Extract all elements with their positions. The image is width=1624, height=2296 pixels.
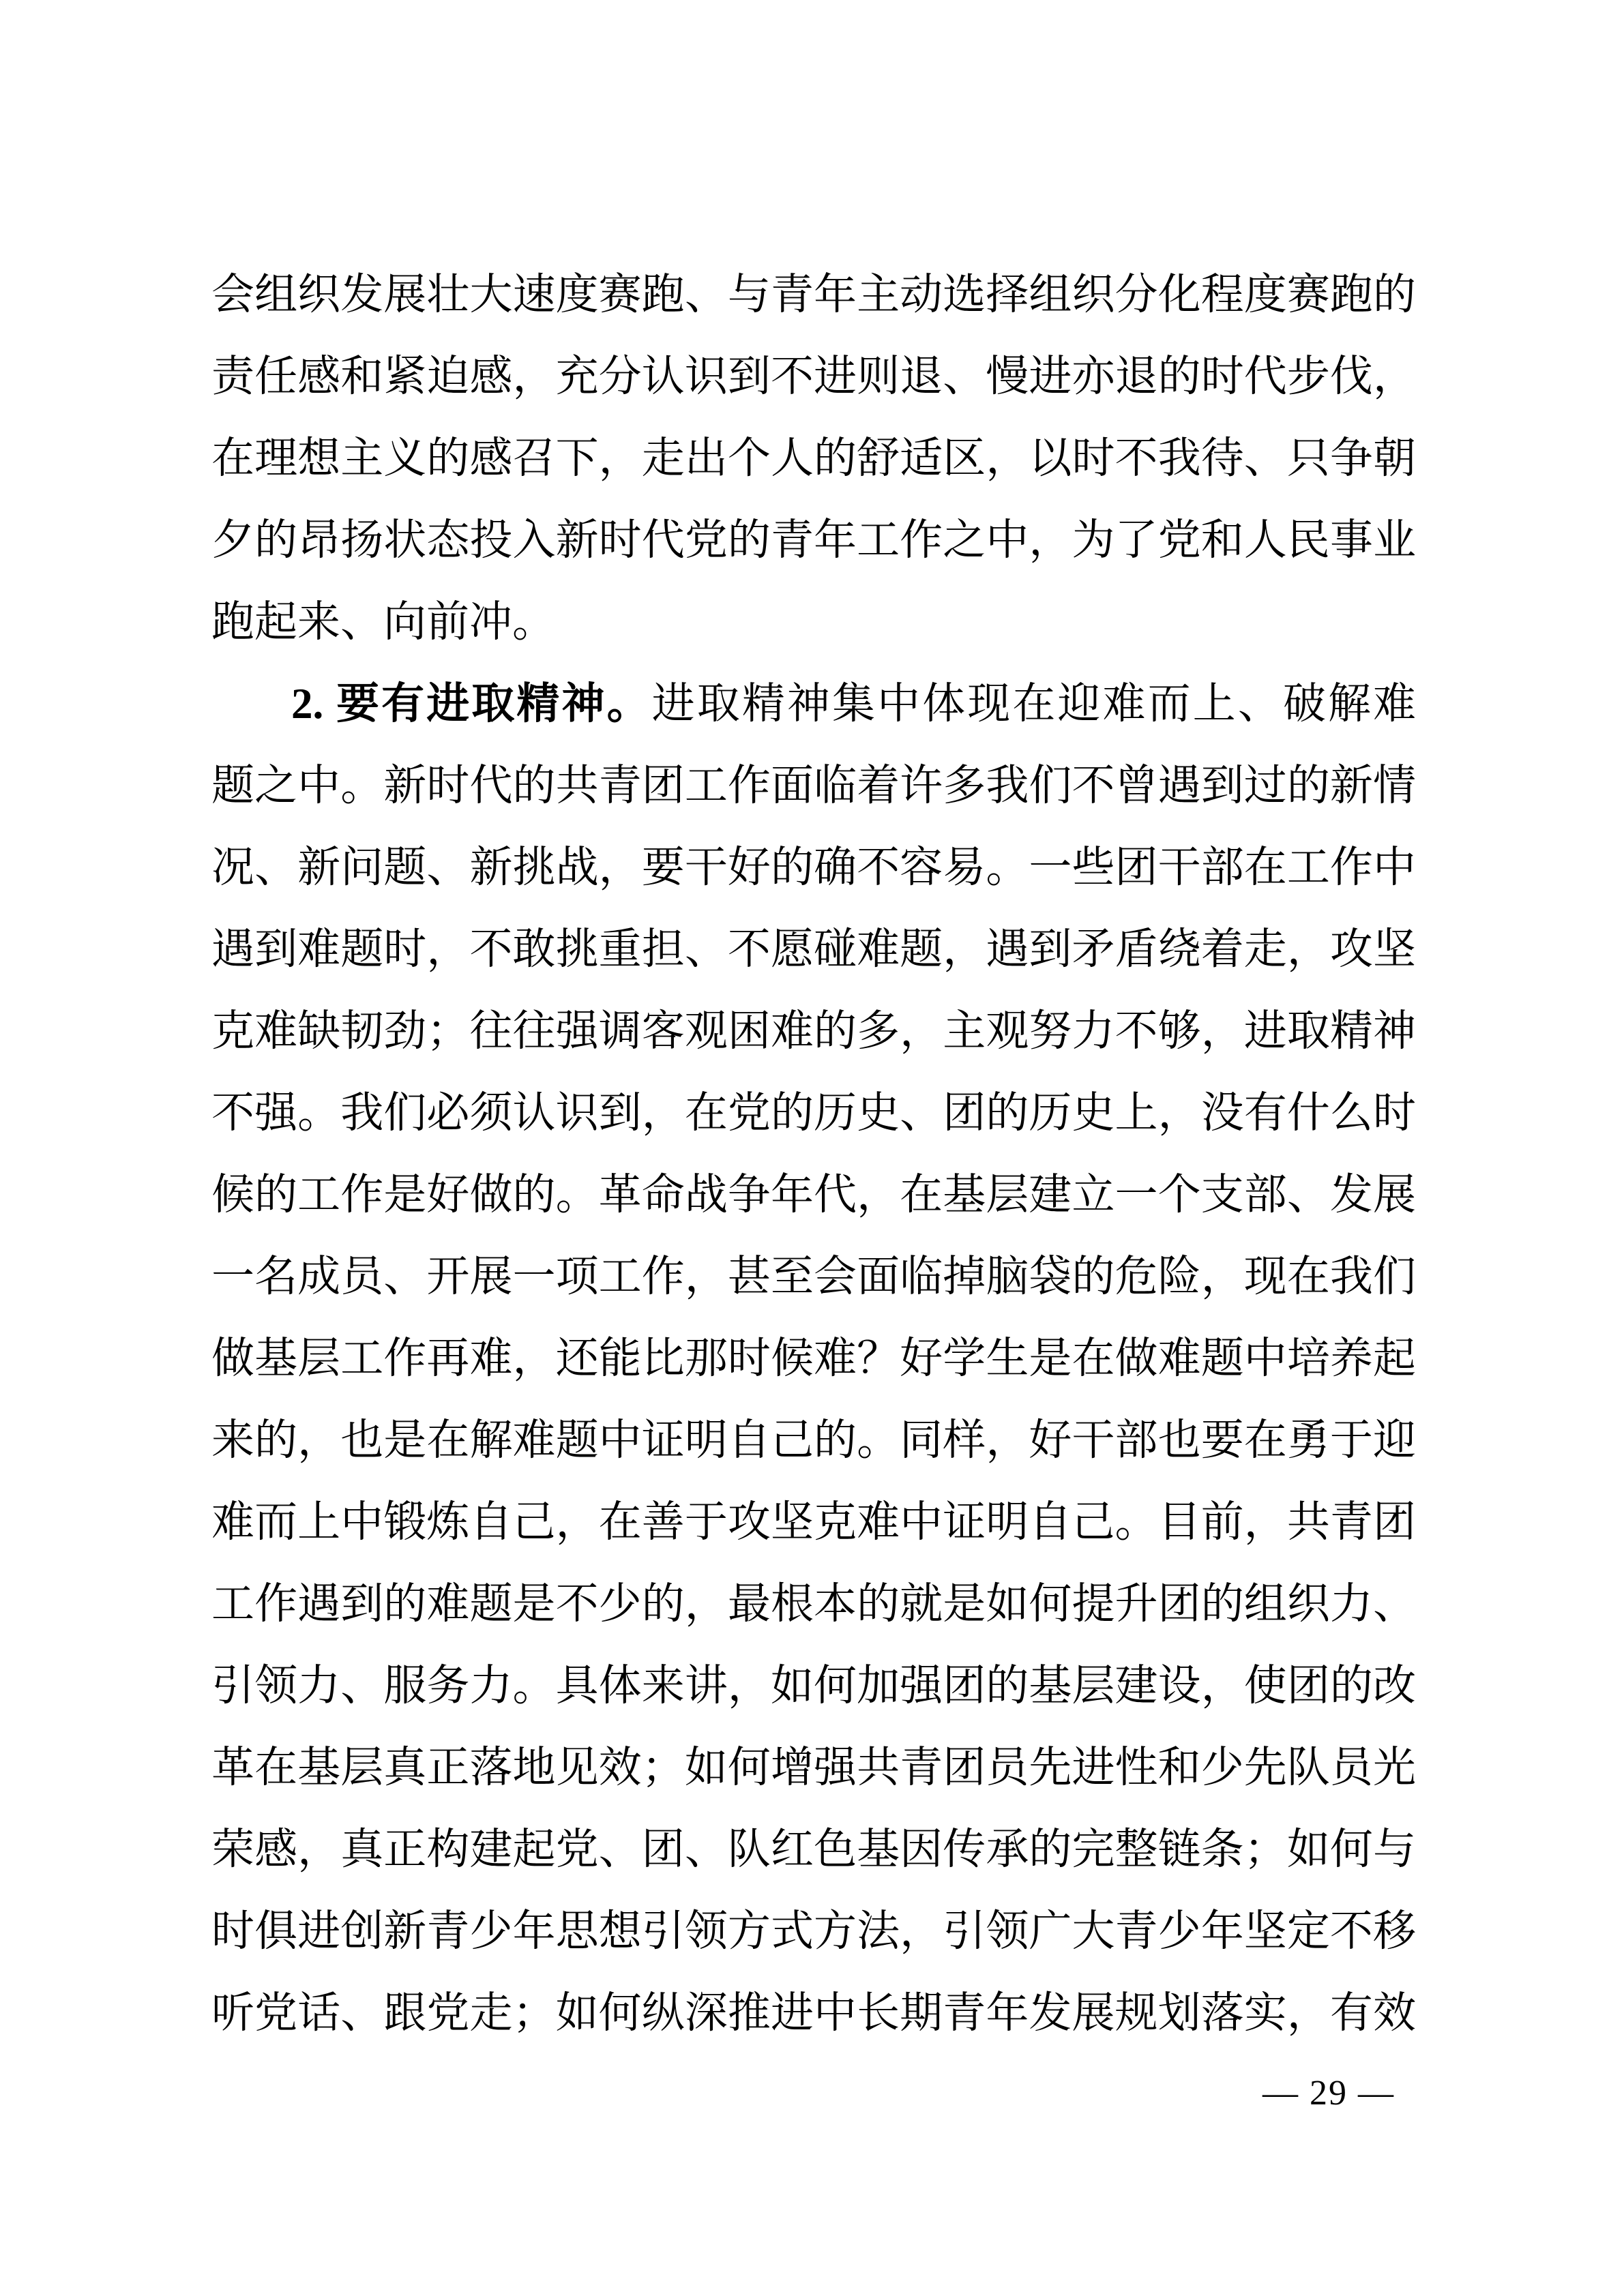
body-text-run: 难而上中锻炼自己，在善于攻坚克难中证明自己。目前，共青团 [211, 1498, 1416, 1546]
text-line: 克难缺韧劲；往往强调客观困难的多，主观努力不够，进取精神 [211, 990, 1416, 1072]
text-line: 候的工作是好做的。革命战争年代，在基层建立一个支部、发展 [211, 1154, 1416, 1236]
text-line: 遇到难题时，不敢挑重担、不愿碰难题，遇到矛盾绕着走，攻坚 [211, 908, 1416, 990]
body-text-run: 题之中。新时代的共青团工作面临着许多我们不曾遇到过的新情 [211, 762, 1416, 809]
text-line: 一名成员、开展一项工作，甚至会面临掉脑袋的危险，现在我们 [211, 1236, 1416, 1317]
body-text-run: 克难缺韧劲；往往强调客观困难的多，主观努力不够，进取精神 [211, 1007, 1416, 1055]
text-line: 引领力、服务力。具体来讲，如何加强团的基层建设，使团的改 [211, 1645, 1416, 1727]
text-line: 2. 要有进取精神。进取精神集中体现在迎难而上、破解难 [211, 663, 1416, 745]
text-line: 荣感，真正构建起党、团、队红色基因传承的完整链条；如何与 [211, 1808, 1416, 1890]
body-text-run: 进取精神集中体现在迎难而上、破解难 [652, 680, 1416, 728]
body-text-run: 时俱进创新青少年思想引领方式方法，引领广大青少年坚定不移 [211, 1907, 1416, 1955]
text-line: 况、新问题、新挑战，要干好的确不容易。一些团干部在工作中 [211, 826, 1416, 908]
body-text-run: 责任感和紧迫感，充分认识到不进则退、慢进亦退的时代步伐， [211, 353, 1416, 400]
body-text-run: 夕的昂扬状态投入新时代党的青年工作之中，为了党和人民事业 [211, 516, 1416, 564]
text-line: 难而上中锻炼自己，在善于攻坚克难中证明自己。目前，共青团 [211, 1481, 1416, 1563]
text-line: 工作遇到的难题是不少的，最根本的就是如何提升团的组织力、 [211, 1563, 1416, 1645]
body-text-run: 革在基层真正落地见效；如何增强共青团员先进性和少先队员光 [211, 1744, 1416, 1791]
page-number: — 29 — [1263, 2073, 1395, 2114]
body-text-run: 做基层工作再难，还能比那时候难？好学生是在做难题中培养起 [211, 1335, 1416, 1382]
text-line: 夕的昂扬状态投入新时代党的青年工作之中，为了党和人民事业 [211, 499, 1416, 581]
body-text-run: 候的工作是好做的。革命战争年代，在基层建立一个支部、发展 [211, 1171, 1416, 1219]
body-text-run: 来的，也是在解难题中证明自己的。同样，好干部也要在勇于迎 [211, 1416, 1416, 1464]
text-line: 做基层工作再难，还能比那时候难？好学生是在做难题中培养起 [211, 1317, 1416, 1399]
text-line: 在理想主义的感召下，走出个人的舒适区，以时不我待、只争朝 [211, 417, 1416, 499]
body-text-run: 工作遇到的难题是不少的，最根本的就是如何提升团的组织力、 [211, 1580, 1416, 1628]
text-line: 来的，也是在解难题中证明自己的。同样，好干部也要在勇于迎 [211, 1399, 1416, 1481]
text-line: 革在基层真正落地见效；如何增强共青团员先进性和少先队员光 [211, 1727, 1416, 1808]
text-line: 不强。我们必须认识到，在党的历史、团的历史上，没有什么时 [211, 1072, 1416, 1154]
text-line: 时俱进创新青少年思想引领方式方法，引领广大青少年坚定不移 [211, 1890, 1416, 1972]
body-text-run: 荣感，真正构建起党、团、队红色基因传承的完整链条；如何与 [211, 1825, 1416, 1873]
section-heading-emphasis: 2. 要有进取精神。 [291, 680, 652, 728]
body-text-run: 遇到难题时，不敢挑重担、不愿碰难题，遇到矛盾绕着走，攻坚 [211, 925, 1416, 973]
body-text-run: 不强。我们必须认识到，在党的历史、团的历史上，没有什么时 [211, 1089, 1416, 1137]
text-line: 会组织发展壮大速度赛跑、与青年主动选择组织分化程度赛跑的 [211, 254, 1416, 336]
text-line: 跑起来、向前冲。 [211, 581, 1416, 663]
body-text-run: 听党话、跟党走；如何纵深推进中长期青年发展规划落实，有效 [211, 1989, 1416, 2037]
body-text-run: 会组织发展壮大速度赛跑、与青年主动选择组织分化程度赛跑的 [211, 271, 1416, 318]
body-text-run: 一名成员、开展一项工作，甚至会面临掉脑袋的危险，现在我们 [211, 1253, 1416, 1300]
document-page: 会组织发展壮大速度赛跑、与青年主动选择组织分化程度赛跑的责任感和紧迫感，充分认识… [0, 0, 1624, 2296]
text-line: 听党话、跟党走；如何纵深推进中长期青年发展规划落实，有效 [211, 1972, 1416, 2054]
body-text-run: 跑起来、向前冲。 [211, 598, 555, 646]
body-text-run: 况、新问题、新挑战，要干好的确不容易。一些团干部在工作中 [211, 844, 1416, 891]
text-line: 题之中。新时代的共青团工作面临着许多我们不曾遇到过的新情 [211, 745, 1416, 826]
body-text-block: 会组织发展壮大速度赛跑、与青年主动选择组织分化程度赛跑的责任感和紧迫感，充分认识… [211, 254, 1416, 2054]
body-text-run: 在理想主义的感召下，走出个人的舒适区，以时不我待、只争朝 [211, 434, 1416, 482]
body-text-run: 引领力、服务力。具体来讲，如何加强团的基层建设，使团的改 [211, 1662, 1416, 1710]
text-line: 责任感和紧迫感，充分认识到不进则退、慢进亦退的时代步伐， [211, 336, 1416, 417]
